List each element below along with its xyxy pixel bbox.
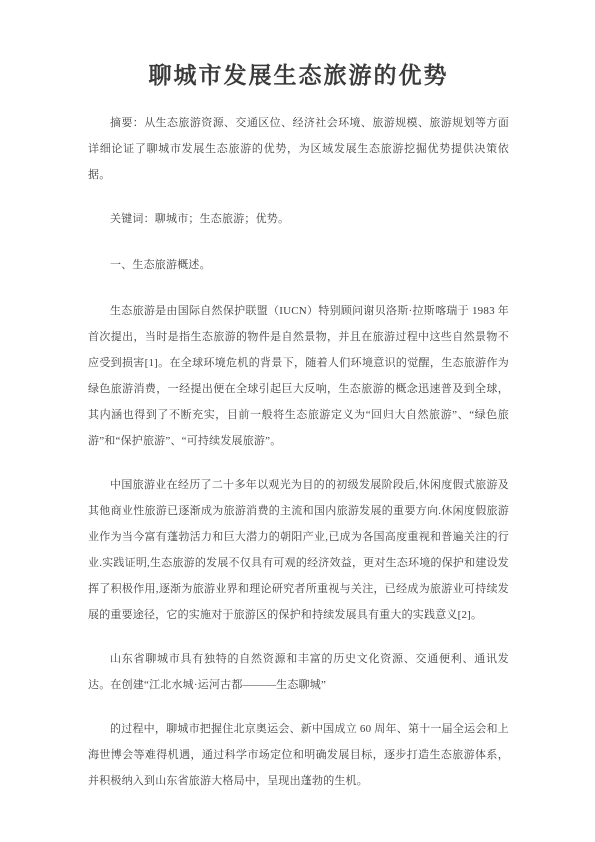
document-page: 聊城市发展生态旅游的优势 摘要：从生态旅游资源、交通区位、经济社会环境、旅游规模… [0, 0, 595, 842]
body-paragraph-3: 山东省聊城市具有独特的自然资源和丰富的历史文化资源、交通便利、通讯发达。在创建“… [88, 646, 509, 698]
section-heading: 一、生态旅游概述。 [88, 252, 509, 278]
body-paragraph-2: 中国旅游业在经历了二十多年以观光为目的的初级发展阶段后,休闲度假式旅游及其他商业… [88, 472, 509, 628]
document-title: 聊城市发展生态旅游的优势 [88, 60, 509, 90]
keywords-paragraph: 关键词：聊城市；生态旅游；优势。 [88, 206, 509, 232]
body-paragraph-4: 的过程中，聊城市把握住北京奥运会、新中国成立 60 周年、第十一届全运会和上海世… [88, 716, 509, 794]
body-paragraph-1: 生态旅游是由国际自然保护联盟（IUCN）特别顾问谢贝洛斯·拉斯喀瑞于 1983 … [88, 298, 509, 454]
abstract-paragraph: 摘要：从生态旅游资源、交通区位、经济社会环境、旅游规模、旅游规划等方面详细论证了… [88, 110, 509, 188]
